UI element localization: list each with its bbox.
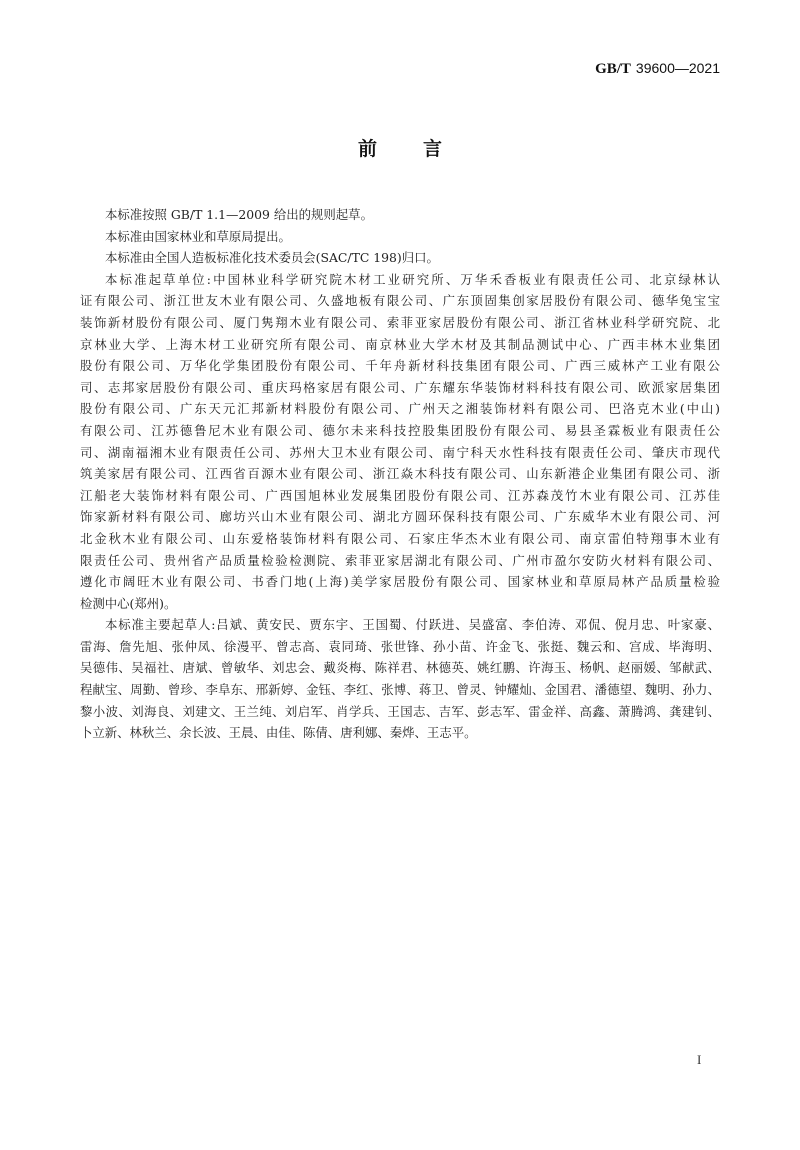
paragraph-line: 黎小波、刘海良、刘建文、王兰纯、刘启军、肖学兵、王国志、吉军、彭志军、雷金祥、高… [80,701,720,723]
paragraph-line: 本标准按照 GB/T 1.1—2009 给出的规则起草。 [80,204,720,226]
paragraph-line: 京林业大学、上海木材工业研究所有限公司、南京林业大学木材及其制品测试中心、广西丰… [80,334,720,356]
paragraph-line: 雷海、詹先旭、张仲凤、徐漫平、曾志高、袁同琦、张世锋、孙小苗、许金飞、张挺、魏云… [80,636,720,658]
paragraph-line: 股份有限公司、万华化学集团股份有限公司、千年舟新材科技集团有限公司、广西三威林产… [80,355,720,377]
paragraph-line: 卜立新、林秋兰、余长波、王晨、由佳、陈倩、唐利娜、秦烨、王志平。 [80,722,720,744]
standard-number-header: GB/T39600—2021 [595,60,720,78]
title-char-1: 前 [358,134,377,161]
paragraph-line: 司、湖南福湘木业有限责任公司、苏州大卫木业有限公司、南宁科天水性科技有限责任公司… [80,442,720,464]
paragraph-line: 有限公司、江苏德鲁尼木业有限公司、德尔未来科技控股集团股份有限公司、易县圣霖板业… [80,420,720,442]
paragraph-line: 遵化市阔旺木业有限公司、书香门地(上海)美学家居股份有限公司、国家林业和草原局林… [80,571,720,593]
paragraph-line: 北金秋木业有限公司、山东爱格装饰材料有限公司、石家庄华杰木业有限公司、南京雷伯特… [80,528,720,550]
paragraph-line: 检测中心(郑州)。 [80,593,720,615]
page-number: I [697,1052,701,1068]
paragraph-line: 限责任公司、贵州省产品质量检验检测院、索菲亚家居湖北有限公司、广州市盈尔安防火材… [80,550,720,572]
paragraph-line: 饰家新材料有限公司、廊坊兴山木业有限公司、湖北方圆环保科技有限公司、广东威华木业… [80,506,720,528]
paragraph-administered-by: 本标准由全国人造板标准化技术委员会(SAC/TC 198)归口。 [80,247,720,269]
paragraph-proposed-by: 本标准由国家林业和草原局提出。 [80,226,720,248]
paragraph-line: 股份有限公司、广东天元汇邦新材料股份有限公司、广州天之湘装饰材料有限公司、巴洛克… [80,398,720,420]
paragraph-line: 本标准主要起草人:吕斌、黄安民、贾东宇、王国蜀、付跃进、吴盛富、李伯涛、邓侃、倪… [80,614,720,636]
title-char-2: 言 [423,134,442,161]
paragraph-line: 本标准起草单位:中国林业科学研究院木材工业研究所、万华禾香板业有限责任公司、北京… [80,269,720,291]
standard-prefix: GB/T [595,61,631,77]
foreword-body: 本标准按照 GB/T 1.1—2009 给出的规则起草。 本标准由国家林业和草原… [80,204,720,744]
paragraph-line: 装饰新材股份有限公司、厦门隽翔木业有限公司、索菲亚家居股份有限公司、浙江省林业科… [80,312,720,334]
standard-code: 39600—2021 [636,60,720,76]
page-title-foreword: 前言 [0,134,800,161]
paragraph-main-drafters: 本标准主要起草人:吕斌、黄安民、贾东宇、王国蜀、付跃进、吴盛富、李伯涛、邓侃、倪… [80,614,720,744]
paragraph-line: 本标准由国家林业和草原局提出。 [80,226,720,248]
paragraph-line: 司、志邦家居股份有限公司、重庆玛格家居有限公司、广东耀东华装饰材料科技有限公司、… [80,377,720,399]
paragraph-line: 程献宝、周勤、曾珍、李阜东、邢新婷、金钰、李红、张博、蒋卫、曾灵、钟耀灿、金国君… [80,679,720,701]
paragraph-drafting-organizations: 本标准起草单位:中国林业科学研究院木材工业研究所、万华禾香板业有限责任公司、北京… [80,269,720,615]
paragraph-drafting-rules: 本标准按照 GB/T 1.1—2009 给出的规则起草。 [80,204,720,226]
paragraph-line: 江船老大装饰材料有限公司、广西国旭林业发展集团股份有限公司、江苏森茂竹木业有限公… [80,485,720,507]
paragraph-line: 本标准由全国人造板标准化技术委员会(SAC/TC 198)归口。 [80,247,720,269]
paragraph-line: 吴德伟、吴福社、唐斌、曾敏华、刘忠会、戴炎梅、陈祥君、林德英、姚红鹏、许海玉、杨… [80,657,720,679]
paragraph-line: 证有限公司、浙江世友木业有限公司、久盛地板有限公司、广东顶固集创家居股份有限公司… [80,290,720,312]
paragraph-line: 筑美家居有限公司、江西省百源木业有限公司、浙江焱木科技有限公司、山东新港企业集团… [80,463,720,485]
